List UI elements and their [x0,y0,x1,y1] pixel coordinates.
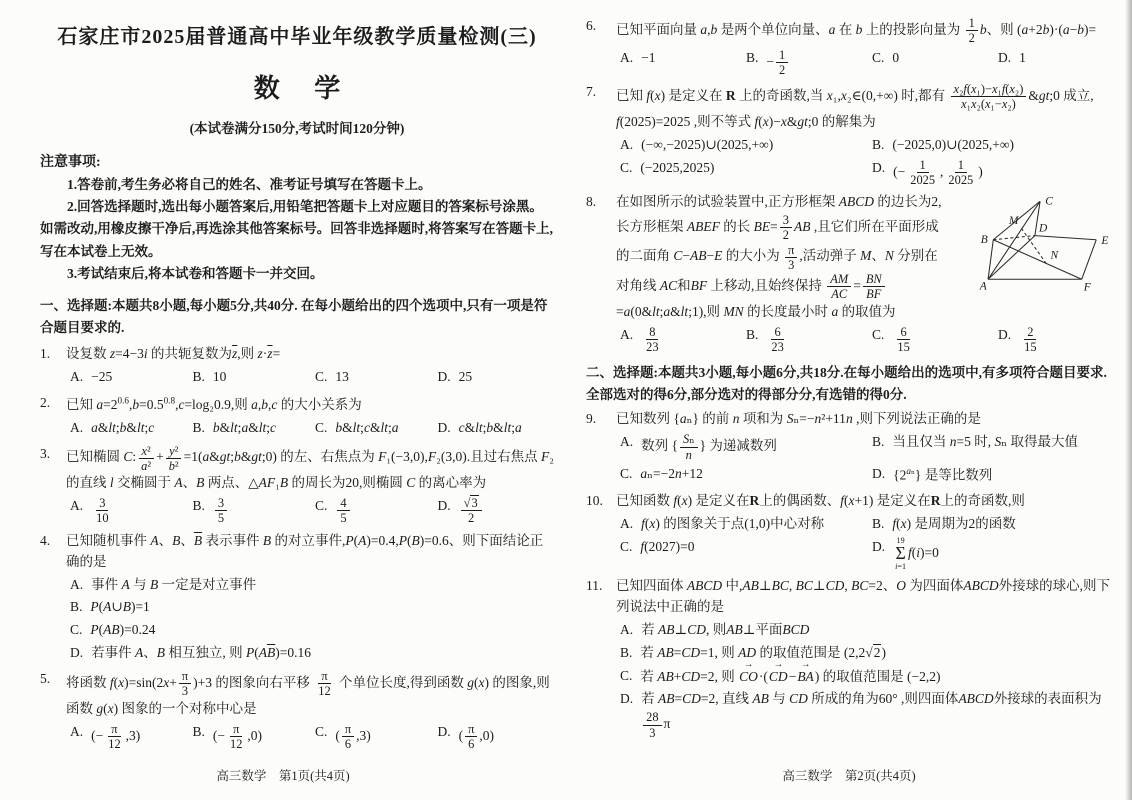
option-label: B. [193,418,205,439]
option-text: 若事件 A、B 相互独立, 则 P(AB)=0.16 [91,643,311,664]
option-A: A.f(x) 的图象关于点(1,0)中心对称 [620,514,866,535]
question-stem-row: 10.已知函数 f(x) 是定义在R上的偶函数、f(x+1) 是定义在R上的奇函… [586,491,1118,512]
option-label: D. [438,367,451,388]
option-C: C.13 [315,367,432,388]
option-C: C.0 [872,48,992,78]
option-label: B. [872,514,884,535]
page-edge-shadow [1125,0,1132,800]
question-stem-row: 2.已知 a=20.6,b=0.50.8,c=log₂0.9,则 a,b,c 的… [40,393,554,415]
option-C: C.615 [872,325,992,355]
option-text: 事件 A 与 B 一定是对立事件 [91,575,256,596]
question-number: 3. [40,444,50,465]
question-stem-row: 3.已知椭圆 C:x²a²+y²b²=1(a&gt;b&gt;0) 的左、右焦点… [40,444,554,494]
option-text: 数列 {Sₙn} 为递减数列 [641,432,777,462]
option-label: D. [620,689,633,710]
option-D: D.(π6,0) [438,722,555,752]
option-label: B. [746,325,758,346]
option-B: B.若 AB=CD=1, 则 AD 的取值范围是 (2,2√2) [620,643,1118,664]
option-B: B.10 [193,367,310,388]
option-D: D.若 AB=CD=2, 直线 AB 与 CD 所成的角为60° ,则四面体AB… [620,689,1118,739]
option-A: A.数列 {Sₙn} 为递减数列 [620,432,866,462]
option-text: 45 [335,496,351,526]
question-4: 4.已知随机事件 A、B、B 表示事件 B 的对立事件,P(A)=0.4,P(B… [40,531,554,665]
option-label: C. [315,722,327,743]
option-B: B.b&lt;a&lt;c [193,418,310,439]
option-text: 0 [892,48,899,69]
option-C: C.45 [315,496,432,526]
option-text: (π6,3) [335,722,370,752]
option-label: D. [872,537,885,558]
question-3: 3.已知椭圆 C:x²a²+y²b²=1(a&gt;b&gt;0) 的左、右焦点… [40,444,554,526]
option-text: 25 [459,367,473,388]
option-text: f(x) 的图象关于点(1,0)中心对称 [641,514,824,535]
exam-meta-line: (本试卷满分150分,考试时间120分钟) [40,119,554,140]
option-label: A. [70,367,83,388]
page2-footer: 高三数学 第2页(共4页) [566,767,1132,786]
option-B: B.f(x) 是周期为2的函数 [872,514,1118,535]
options-row: A.(−∞,−2025)∪(2025,+∞)B.(−2025,0)∪(2025,… [586,135,1118,187]
option-label: A. [620,48,633,69]
option-label: A. [70,418,83,439]
options-row: A.数列 {Sₙn} 为递减数列B.当且仅当 n=5 时, Sₙ 取得最大值C.… [586,432,1118,486]
option-D: D.(−12025,12025) [872,158,1118,188]
option-label: D. [438,496,451,517]
option-D: D.√32 [438,496,555,526]
exam-title: 石家庄市2025届普通高中毕业年级教学质量检测(三) [40,22,554,53]
option-text: c&lt;b&lt;a [459,418,522,439]
option-C: C.aₙ=−2n+12 [620,464,866,486]
question-number: 5. [40,669,50,690]
question-10: 10.已知函数 f(x) 是定义在R上的偶函数、f(x+1) 是定义在R上的奇函… [586,491,1118,571]
option-label: B. [70,597,82,618]
option-text: −1 [641,48,655,69]
question-number: 4. [40,531,50,552]
option-text: (−π12,0) [213,722,262,752]
option-A: A.310 [70,496,187,526]
option-text: 当且仅当 n=5 时, Sₙ 取得最大值 [892,432,1078,453]
option-text: a&lt;b&lt;c [91,418,154,439]
option-text: P(A∪B)=1 [90,597,149,618]
option-label: B. [872,135,884,156]
notice-list: 1.答卷前,考生务必将自己的姓名、准考证号填写在答题卡上。2.回答选择题时,选出… [40,174,554,285]
option-text: 310 [91,496,113,526]
option-B: B.(−2025,0)∪(2025,+∞) [872,135,1118,156]
question-stem: 已知函数 f(x) 是定义在R上的偶函数、f(x+1) 是定义在R上的奇函数,则 [616,493,1025,508]
option-label: D. [70,643,83,664]
question-stem: 已知 a=20.6,b=0.50.8,c=log₂0.9,则 a,b,c 的大小… [66,397,362,412]
option-C: C.b&lt;c&lt;a [315,418,432,439]
option-label: C. [620,537,632,558]
option-label: A. [620,135,633,156]
option-label: B. [746,48,758,69]
options-row: A.823B.623C.615D.215 [586,325,1118,355]
question-6: 6.已知平面向量 a,b 是两个单位向量、a 在 b 上的投影向量为 12b、则… [586,16,1118,77]
option-label: A. [620,432,633,453]
option-text: aₙ=−2n+12 [640,464,702,485]
section1-heading: 一、选择题:本题共8小题,每小题5分,共40分. 在每小题给出的四个选项中,只有… [40,295,554,338]
question-11: 11.已知四面体 ABCD 中,AB⊥BC, BC⊥CD, BC=2、O 为四面… [586,576,1118,740]
exam-two-page-spread: 石家庄市2025届普通高中毕业年级教学质量检测(三) 数 学 (本试卷满分150… [0,0,1132,800]
exam-page-1: 石家庄市2025届普通高中毕业年级教学质量检测(三) 数 学 (本试卷满分150… [0,0,566,800]
option-label: C. [620,158,632,179]
option-A: A.a&lt;b&lt;c [70,418,187,439]
option-D: D.{2aₙ} 是等比数列 [872,464,1118,486]
question-stem-row: 7.已知 f(x) 是定义在 R 上的奇函数,当 x₁,x₂∈(0,+∞) 时,… [586,82,1118,132]
option-label: B. [193,722,205,743]
option-text: b&lt;c&lt;a [335,418,398,439]
question-stem: 在如图所示的试验装置中,正方形框架 ABCD 的边长为2,长方形框架 ABEF … [616,194,942,319]
option-label: D. [998,325,1011,346]
option-B: B.P(A∪B)=1 [70,597,554,618]
option-text: 若 AB=CD=2, 直线 AB 与 CD 所成的角为60° ,则四面体ABCD… [641,689,1118,739]
option-A: A.−25 [70,367,187,388]
option-B: B.(−π12,0) [193,722,310,752]
question-8: A B C D E F M N 8.在如图所示的试验装置中,正方形框架 ABCD… [586,192,1118,354]
option-C: C.若 AB+CD=2, 则 CO·(CD−BA) 的取值范围是 (−2,2) [620,666,1118,688]
option-label: C. [620,666,632,687]
option-A: A.823 [620,325,740,355]
option-B: B.623 [746,325,866,355]
option-text: √32 [459,496,484,526]
option-A: A.事件 A 与 B 一定是对立事件 [70,575,554,596]
option-B: B.−12 [746,48,866,78]
option-text: 若 AB=CD=1, 则 AD 的取值范围是 (2,2√2) [640,643,886,664]
option-label: B. [193,367,205,388]
option-label: C. [872,325,884,346]
option-label: C. [872,48,884,69]
option-B: B.当且仅当 n=5 时, Sₙ 取得最大值 [872,432,1118,462]
option-text: (−12025,12025) [893,158,983,188]
option-D: D.c&lt;b&lt;a [438,418,555,439]
options-row: A.310B.35C.45D.√32 [40,496,554,526]
option-label: D. [872,158,885,179]
page1-footer: 高三数学 第1页(共4页) [0,767,566,786]
option-D: D.若事件 A、B 相互独立, 则 P(AB)=0.16 [70,643,554,664]
option-label: A. [70,496,83,517]
option-label: A. [620,514,633,535]
question-number: 1. [40,344,50,365]
option-text: P(AB)=0.24 [90,620,155,641]
option-text: 若 AB+CD=2, 则 CO·(CD−BA) 的取值范围是 (−2,2) [640,666,940,688]
option-label: A. [70,575,83,596]
question-stem-row: 9.已知数列 {aₙ} 的前 n 项和为 Sₙ=−n²+11n ,则下列说法正确… [586,409,1118,430]
option-label: A. [620,620,633,641]
option-text: b&lt;a&lt;c [213,418,276,439]
option-text: (−2025,2025) [640,158,714,179]
option-label: D. [438,418,451,439]
options-row: A.a&lt;b&lt;cB.b&lt;a&lt;cC.b&lt;c&lt;aD… [40,418,554,439]
option-label: C. [70,620,82,641]
options-row: A.f(x) 的图象关于点(1,0)中心对称B.f(x) 是周期为2的函数C.f… [586,514,1118,571]
page2-questions-6-8: 6.已知平面向量 a,b 是两个单位向量、a 在 b 上的投影向量为 12b、则… [586,16,1118,354]
question-stem-row: 1.设复数 z=4−3i 的共轭复数为z,则 z·z= [40,344,554,365]
option-text: f(x) 是周期为2的函数 [892,514,1015,535]
options-row: A.事件 A 与 B 一定是对立事件B.P(A∪B)=1C.P(AB)=0.24… [40,575,554,665]
question-1: 1.设复数 z=4−3i 的共轭复数为z,则 z·z=A.−25B.10C.13… [40,344,554,388]
option-text: 623 [766,325,788,355]
question-stem: 设复数 z=4−3i 的共轭复数为z,则 z·z= [66,346,280,361]
option-label: B. [872,432,884,453]
option-label: D. [998,48,1011,69]
question-2: 2.已知 a=20.6,b=0.50.8,c=log₂0.9,则 a,b,c 的… [40,393,554,438]
option-label: B. [193,496,205,517]
option-label: B. [620,643,632,664]
option-text: 1 [1019,48,1026,69]
question-number: 8. [586,192,596,213]
option-C: C.(π6,3) [315,722,432,752]
option-D: D.215 [998,325,1118,355]
subject-title: 数 学 [54,69,554,109]
options-row: A.−25B.10C.13D.25 [40,367,554,388]
option-label: C. [315,496,327,517]
options-row: A.(−π12,3)B.(−π12,0)C.(π6,3)D.(π6,0) [40,722,554,752]
option-C: C.f(2027)=0 [620,537,866,571]
option-text: −25 [91,367,112,388]
question-7: 7.已知 f(x) 是定义在 R 上的奇函数,当 x₁,x₂∈(0,+∞) 时,… [586,82,1118,187]
exam-page-2: 6.已知平面向量 a,b 是两个单位向量、a 在 b 上的投影向量为 12b、则… [566,0,1132,800]
question-stem-row: 5.将函数 f(x)=sin(2x+π3)+3 的图象向右平移 π12 个单位长… [40,669,554,719]
option-label: C. [315,418,327,439]
question-number: 11. [586,576,602,597]
option-text: f(2027)=0 [640,537,694,558]
question-stem-row: 8.在如图所示的试验装置中,正方形框架 ABCD 的边长为2,长方形框架 ABE… [586,192,1118,323]
options-row: A.−1B.−12C.0D.1 [586,48,1118,78]
option-text: 13 [335,367,349,388]
question-number: 7. [586,82,596,103]
question-stem: 已知数列 {aₙ} 的前 n 项和为 Sₙ=−n²+11n ,则下列说法正确的是 [616,411,981,426]
question-stem: 将函数 f(x)=sin(2x+π3)+3 的图象向右平移 π12 个单位长度,… [66,675,550,716]
question-stem-row: 6.已知平面向量 a,b 是两个单位向量、a 在 b 上的投影向量为 12b、则… [586,16,1118,46]
option-D: D.1 [998,48,1118,78]
options-row: A.若 AB⊥CD, 则AB⊥平面BCDB.若 AB=CD=1, 则 AD 的取… [586,620,1118,740]
option-text: 19Σi=1f(i)=0 [893,537,939,571]
question-number: 10. [586,491,603,512]
option-text: {2aₙ} 是等比数列 [893,464,992,486]
option-text: (−2025,0)∪(2025,+∞) [892,135,1014,156]
option-text: 若 AB⊥CD, 则AB⊥平面BCD [641,620,809,641]
option-B: B.35 [193,496,310,526]
option-text: 615 [892,325,914,355]
option-label: C. [315,367,327,388]
option-A: A.(−∞,−2025)∪(2025,+∞) [620,135,866,156]
notice-item: 3.考试结束后,将本试卷和答题卡一并交回。 [40,263,554,285]
question-stem: 已知四面体 ABCD 中,AB⊥BC, BC⊥CD, BC=2、O 为四面体AB… [616,578,1110,614]
option-label: D. [872,464,885,485]
option-D: D.19Σi=1f(i)=0 [872,537,1118,571]
option-A: A.−1 [620,48,740,78]
question-number: 6. [586,16,596,37]
option-label: A. [620,325,633,346]
question-number: 9. [586,409,596,430]
option-A: A.(−π12,3) [70,722,187,752]
option-C: C.P(AB)=0.24 [70,620,554,641]
notice-item: 1.答卷前,考生务必将自己的姓名、准考证号填写在答题卡上。 [40,174,554,196]
page2-questions-9-11: 9.已知数列 {aₙ} 的前 n 项和为 Sₙ=−n²+11n ,则下列说法正确… [586,409,1118,740]
option-text: 35 [213,496,229,526]
question-stem-row: 4.已知随机事件 A、B、B 表示事件 B 的对立事件,P(A)=0.4,P(B… [40,531,554,573]
option-label: A. [70,722,83,743]
question-stem: 已知 f(x) 是定义在 R 上的奇函数,当 x₁,x₂∈(0,+∞) 时,都有… [616,88,1094,129]
option-text: 215 [1019,325,1041,355]
option-text: 823 [641,325,663,355]
section2-heading: 二、选择题:本题共3小题,每小题6分,共18分.在每小题给出的选项中,有多项符合… [586,362,1118,405]
question-9: 9.已知数列 {aₙ} 的前 n 项和为 Sₙ=−n²+11n ,则下列说法正确… [586,409,1118,486]
question-5: 5.将函数 f(x)=sin(2x+π3)+3 的图象向右平移 π12 个单位长… [40,669,554,751]
option-text: 10 [213,367,227,388]
page1-questions: 1.设复数 z=4−3i 的共轭复数为z,则 z·z=A.−25B.10C.13… [40,344,554,751]
option-text: (−π12,3) [91,722,140,752]
question-stem: 已知随机事件 A、B、B 表示事件 B 的对立事件,P(A)=0.4,P(B)=… [66,533,543,569]
notice-heading: 注意事项: [40,152,554,174]
option-D: D.25 [438,367,555,388]
question-stem: 已知平面向量 a,b 是两个单位向量、a 在 b 上的投影向量为 12b、则 (… [616,22,1096,37]
option-label: D. [438,722,451,743]
question-number: 2. [40,393,50,414]
option-A: A.若 AB⊥CD, 则AB⊥平面BCD [620,620,1118,641]
option-text: (−∞,−2025)∪(2025,+∞) [641,135,773,156]
option-C: C.(−2025,2025) [620,158,866,188]
question-stem-row: 11.已知四面体 ABCD 中,AB⊥BC, BC⊥CD, BC=2、O 为四面… [586,576,1118,618]
option-label: C. [620,464,632,485]
notice-item: 2.回答选择题时,选出每小题答案后,用铅笔把答题卡上对应题目的答案标号涂黑。如需… [40,196,554,263]
question-stem: 已知椭圆 C:x²a²+y²b²=1(a&gt;b&gt;0) 的左、右焦点为 … [66,449,554,490]
option-text: −12 [766,48,790,78]
option-text: (π6,0) [459,722,494,752]
